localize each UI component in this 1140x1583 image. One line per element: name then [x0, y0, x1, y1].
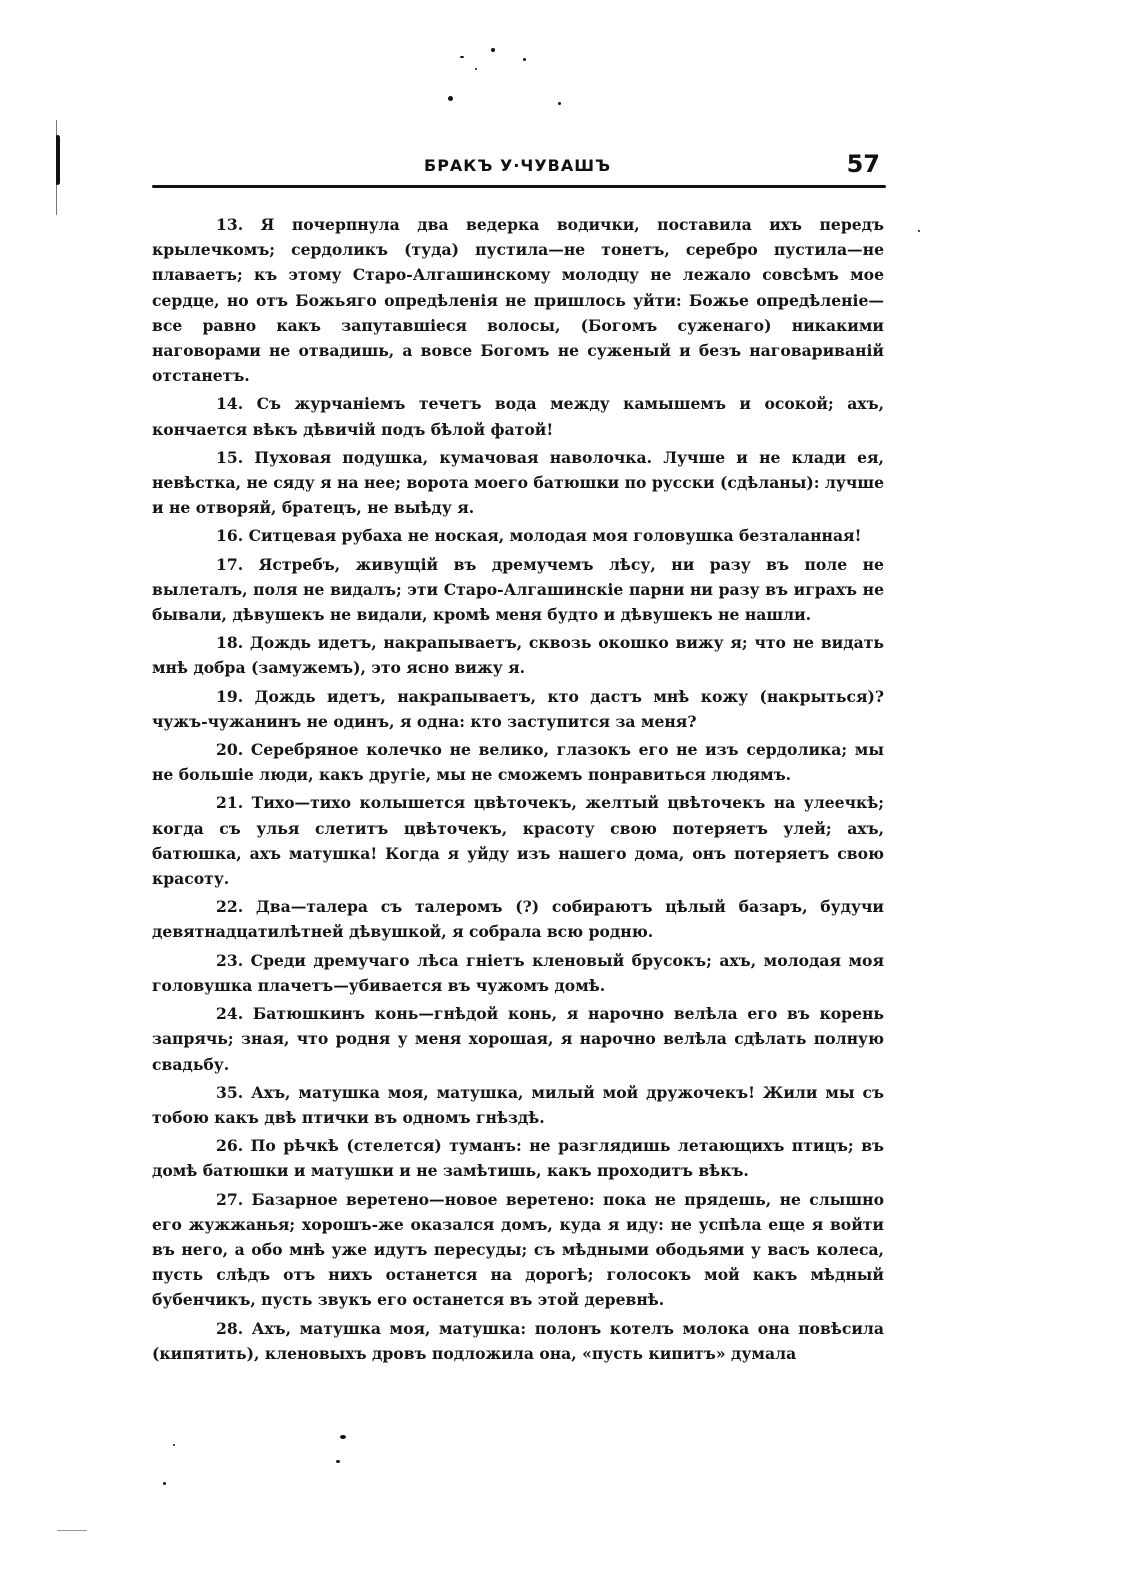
page-body: 13. Я почерпнула два ведерка водички, по…: [152, 212, 884, 1369]
scan-speck: [558, 102, 561, 105]
stanza-number: 14.: [216, 394, 243, 413]
page-number: 57: [847, 150, 880, 178]
song-stanza: 15. Пуховая подушка, кумачовая наволочка…: [152, 445, 884, 521]
book-page: БРАКЪ У·ЧУВАШЪ 57 13. Я почерпнула два в…: [0, 0, 1140, 1583]
scan-speck: [523, 58, 526, 61]
stanza-text: Ахъ, матушка моя, матушка: полонъ котелъ…: [152, 1319, 884, 1363]
scan-speck: [918, 230, 920, 232]
scan-speck: [173, 1444, 175, 1446]
stanza-text: Батюшкинъ конь—гнѣдой конь, я нарочно ве…: [152, 1004, 884, 1073]
song-stanza: 14. Съ журчаніемъ течетъ вода между камы…: [152, 391, 884, 441]
song-stanza: 21. Тихо—тихо колышется цвѣточекъ, желты…: [152, 790, 884, 891]
stanza-text: Дождь идетъ, накрапываетъ, сквозь окошко…: [152, 633, 884, 677]
stanza-number: 18.: [216, 633, 243, 652]
stanza-number: 13.: [216, 215, 243, 234]
stanza-text: Серебряное колечко не велико, глазокъ ег…: [152, 740, 884, 784]
stanza-text: Базарное веретено—новое веретено: пока н…: [152, 1190, 884, 1310]
page-header: БРАКЪ У·ЧУВАШЪ 57: [152, 150, 884, 184]
song-stanza: 20. Серебряное колечко не велико, глазок…: [152, 737, 884, 787]
song-stanza: 18. Дождь идетъ, накрапываетъ, сквозь ок…: [152, 630, 884, 680]
scan-speck: [448, 96, 453, 101]
stanza-number: 23.: [216, 951, 243, 970]
stanza-number: 27.: [216, 1190, 243, 1209]
scan-edge-mark: [57, 1530, 87, 1531]
scan-speck: [491, 48, 495, 52]
stanza-text: Я почерпнула два ведерка водички, постав…: [152, 215, 884, 385]
song-stanza: 27. Базарное веретено—новое веретено: по…: [152, 1187, 884, 1313]
stanza-number: 16.: [216, 526, 243, 545]
stanza-text: Пуховая подушка, кумачовая наволочка. Лу…: [152, 448, 884, 517]
stanza-number: 35.: [216, 1083, 243, 1102]
stanza-number: 15.: [216, 448, 243, 467]
song-stanza: 24. Батюшкинъ конь—гнѣдой конь, я нарочн…: [152, 1001, 884, 1077]
stanza-number: 28.: [216, 1319, 243, 1338]
stanza-text: Тихо—тихо колышется цвѣточекъ, желтый цв…: [152, 793, 884, 888]
scan-speck: [336, 1460, 340, 1463]
header-rule: [152, 185, 886, 188]
scan-speck: [163, 1482, 166, 1485]
scan-speck: [475, 68, 477, 70]
stanza-text: Ситцевая рубаха не ноская, молодая моя г…: [249, 526, 862, 545]
stanza-text: По рѣчкѣ (стелется) туманъ: не разглядиш…: [152, 1136, 884, 1180]
song-stanza: 17. Ястребъ, живущій въ дремучемъ лѣсу, …: [152, 552, 884, 628]
scan-speck: [460, 56, 464, 58]
scan-speck: [340, 1435, 346, 1439]
song-stanza: 13. Я почерпнула два ведерка водички, по…: [152, 212, 884, 388]
song-stanza: 35. Ахъ, матушка моя, матушка, милый мой…: [152, 1080, 884, 1130]
stanza-number: 22.: [216, 897, 243, 916]
stanza-number: 26.: [216, 1136, 243, 1155]
stanza-number: 21.: [216, 793, 243, 812]
stanza-number: 17.: [216, 555, 243, 574]
song-stanza: 26. По рѣчкѣ (стелется) туманъ: не разгл…: [152, 1133, 884, 1183]
stanza-number: 20.: [216, 740, 243, 759]
song-stanza: 19. Дождь идетъ, накрапываетъ, кто дастъ…: [152, 684, 884, 734]
song-stanza: 22. Два—талера съ талеромъ (?) собираютъ…: [152, 894, 884, 944]
stanza-number: 24.: [216, 1004, 243, 1023]
song-stanza: 16. Ситцевая рубаха не ноская, молодая м…: [152, 523, 884, 548]
stanza-text: Съ журчаніемъ течетъ вода между камышемъ…: [152, 394, 884, 438]
stanza-text: Ахъ, матушка моя, матушка, милый мой дру…: [152, 1083, 884, 1127]
song-stanza: 28. Ахъ, матушка моя, матушка: полонъ ко…: [152, 1316, 884, 1366]
stanza-text: Ястребъ, живущій въ дремучемъ лѣсу, ни р…: [152, 555, 884, 624]
running-title: БРАКЪ У·ЧУВАШЪ: [424, 156, 611, 175]
stanza-text: Среди дремучаго лѣса гніетъ кленовый бру…: [152, 951, 884, 995]
stanza-text: Два—талера съ талеромъ (?) собираютъ цѣл…: [152, 897, 884, 941]
stanza-number: 19.: [216, 687, 243, 706]
stanza-text: Дождь идетъ, накрапываетъ, кто дастъ мнѣ…: [152, 687, 884, 731]
song-stanza: 23. Среди дремучаго лѣса гніетъ кленовый…: [152, 948, 884, 998]
scan-edge-mark: [56, 135, 60, 185]
